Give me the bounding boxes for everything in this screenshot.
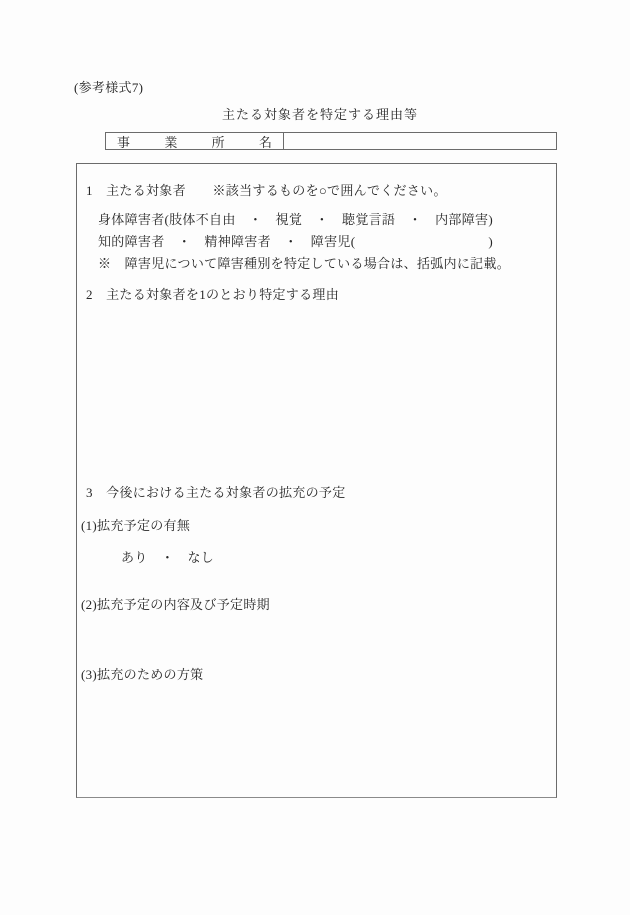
- section3-sub1-options: あり ・ なし: [121, 550, 214, 565]
- form-reference-number: (参考様式7): [74, 80, 143, 95]
- section1-other-disability-options: 知的障害者 ・ 精神障害者 ・ 障害児( ): [98, 234, 493, 249]
- office-label-char: 所: [212, 132, 225, 151]
- section1-heading: 1 主たる対象者 ※該当するものを○で囲んでください。: [86, 183, 447, 198]
- page-title: 主たる対象者を特定する理由等: [0, 107, 630, 122]
- section3-sub2-label: (2)拡充予定の内容及び予定時期: [81, 597, 270, 612]
- section3-heading: 3 今後における主たる対象者の拡充の予定: [86, 485, 346, 500]
- section1-physical-disability-options: 身体障害者(肢体不自由 ・ 視覚 ・ 聴覚言語 ・ 内部障害): [98, 212, 493, 227]
- section3-sub1-label: (1)拡充予定の有無: [81, 518, 190, 533]
- office-name-table: 事 業 所 名: [105, 132, 557, 150]
- office-label-char: 事: [117, 132, 130, 151]
- form-main-box: 1 主たる対象者 ※該当するものを○で囲んでください。 身体障害者(肢体不自由 …: [76, 163, 557, 798]
- section1-note: ※ 障害児について障害種別を特定している場合は、括弧内に記載。: [98, 256, 510, 271]
- office-name-label: 事 業 所 名: [106, 133, 284, 149]
- section3-sub3-label: (3)拡充のための方策: [81, 667, 203, 682]
- office-name-value-field: [284, 133, 556, 149]
- office-label-char: 名: [259, 132, 272, 151]
- section2-heading: 2 主たる対象者を1のとおり特定する理由: [86, 287, 339, 302]
- office-label-char: 業: [164, 132, 177, 151]
- document-page: (参考様式7) 主たる対象者を特定する理由等 事 業 所 名 1 主たる対象者 …: [0, 0, 630, 915]
